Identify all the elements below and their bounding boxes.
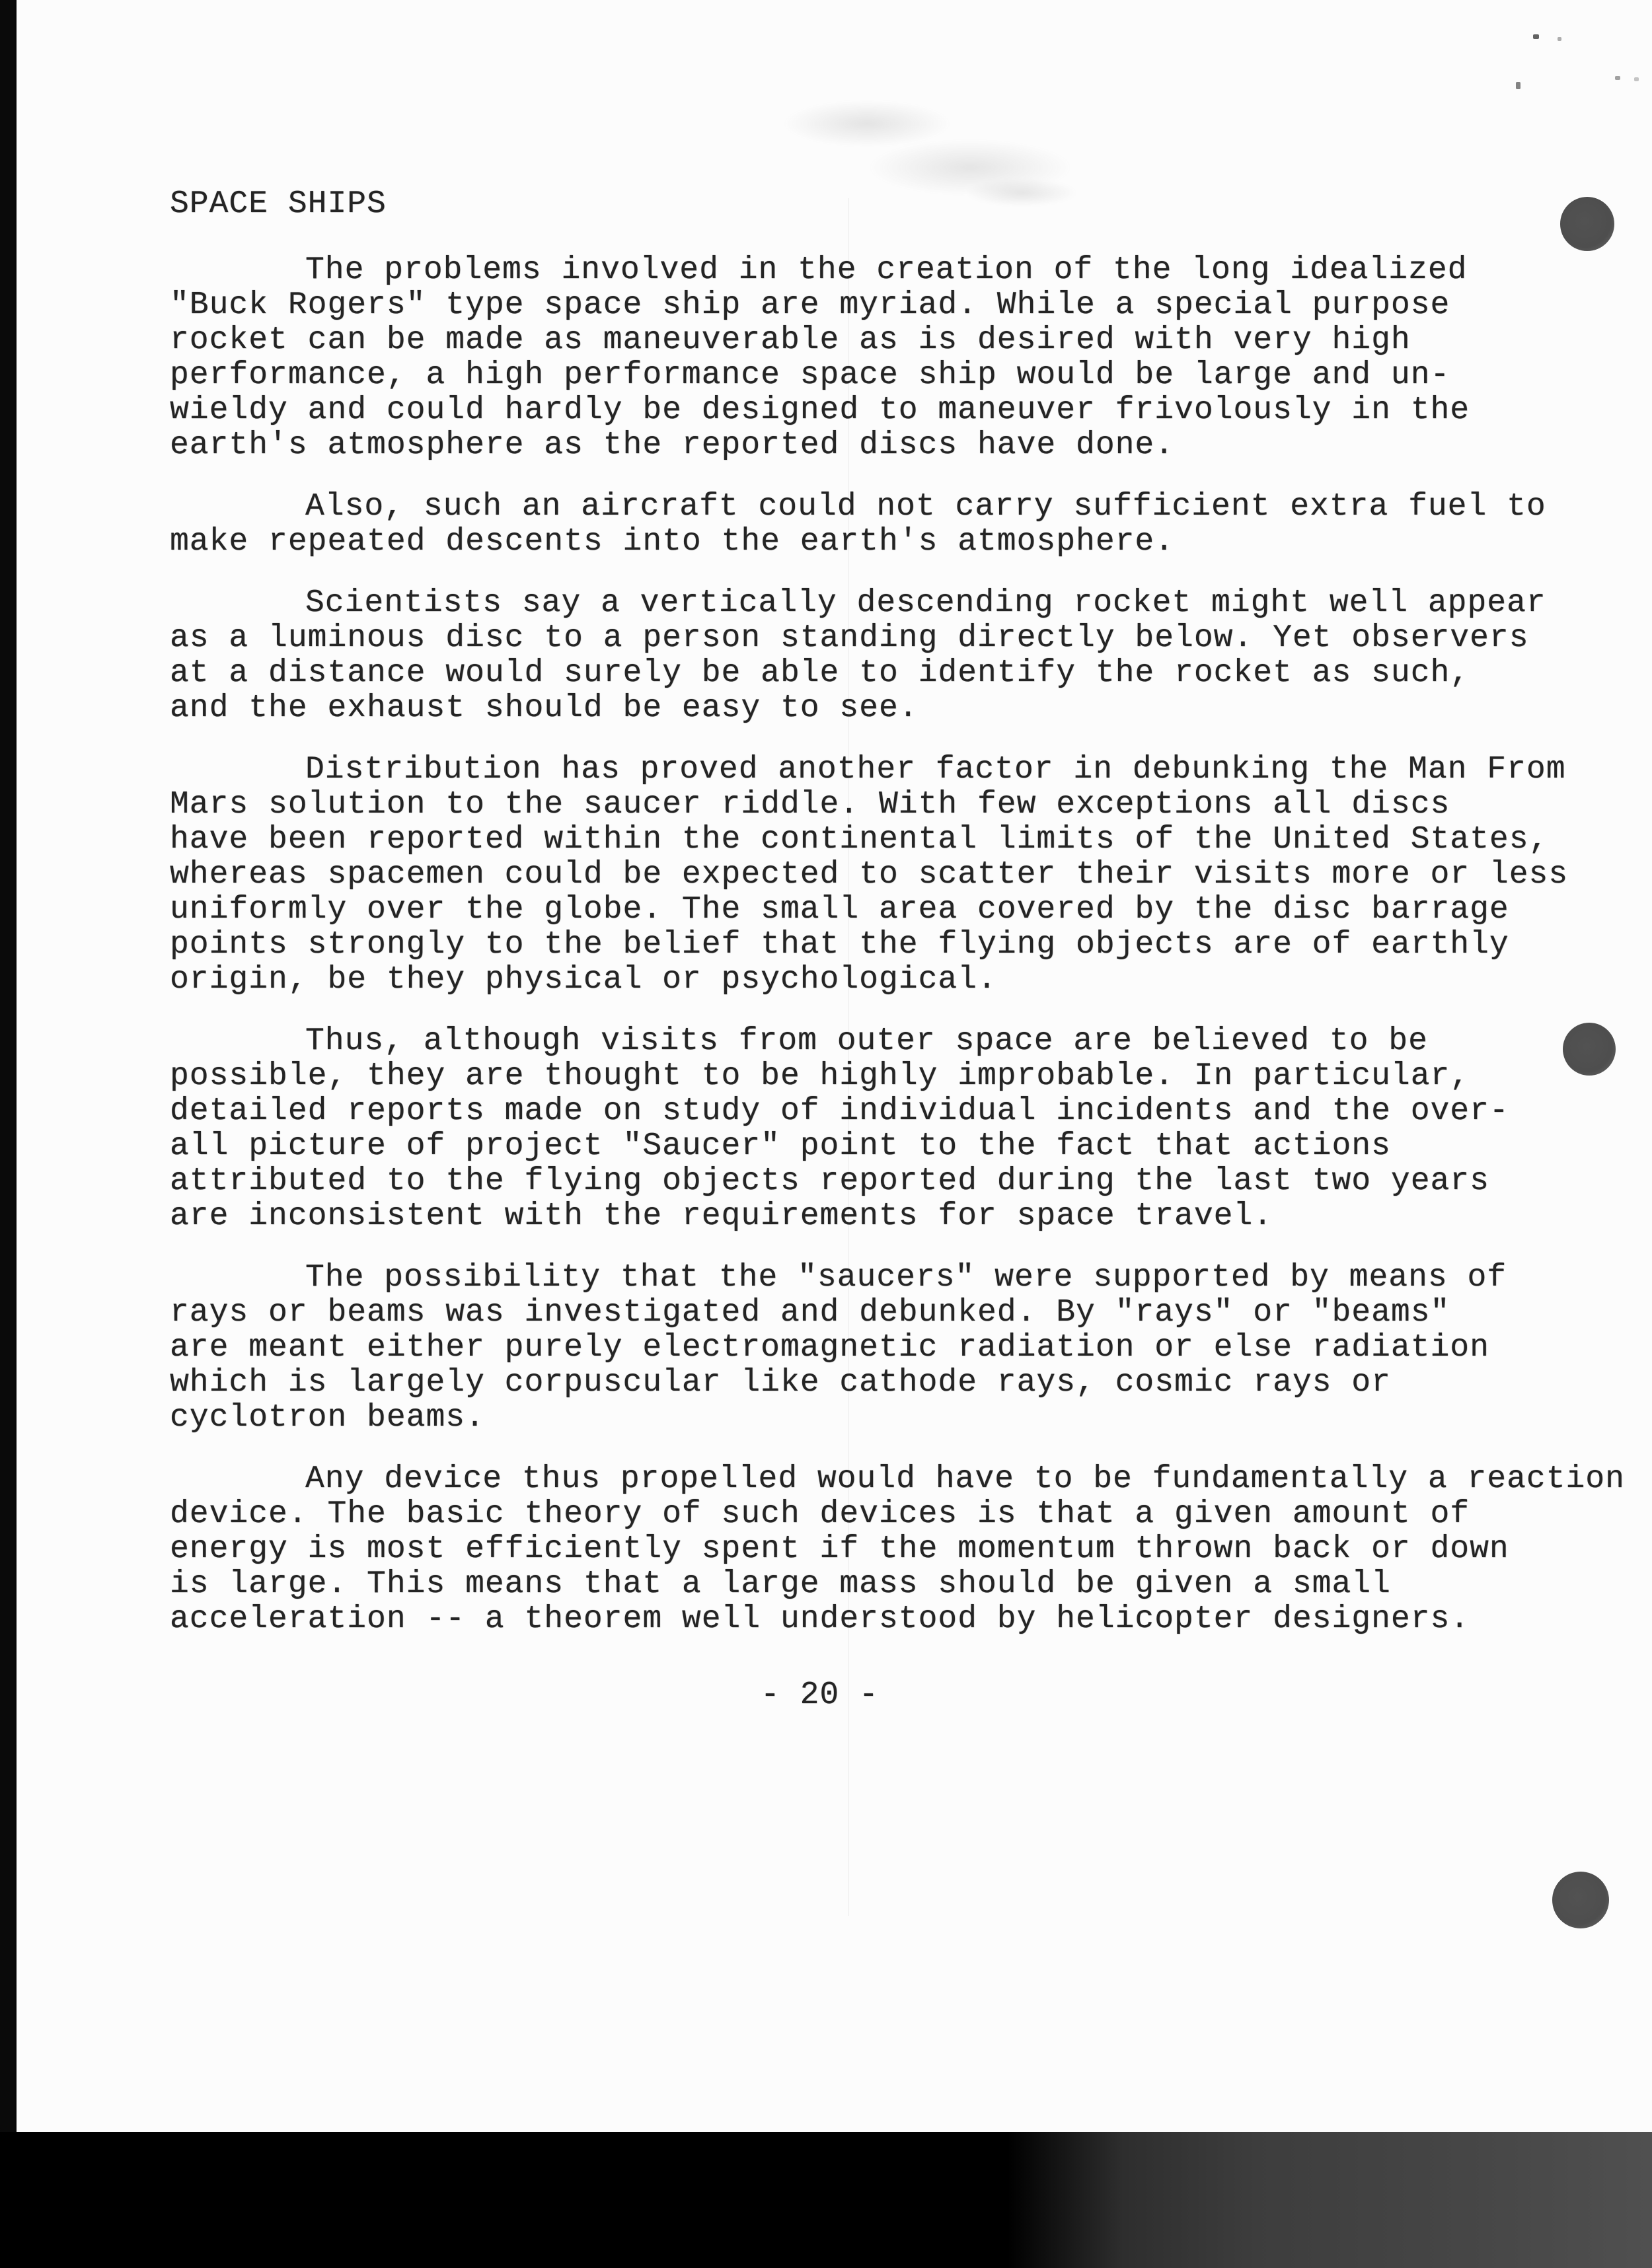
text-line: at a distance would surely be able to id… <box>170 656 1610 691</box>
text-line: detailed reports made on study of indivi… <box>170 1094 1610 1129</box>
pencil-speck <box>1615 76 1620 80</box>
page-title: SPACE SHIPS <box>170 187 1610 222</box>
document-body: The problems involved in the creation of… <box>170 253 1610 1637</box>
text-line: Scientists say a vertically descending r… <box>170 586 1610 621</box>
text-line: Mars solution to the saucer riddle. With… <box>170 787 1610 823</box>
text-line: energy is most efficiently spent if the … <box>170 1532 1610 1567</box>
paragraph: Distribution has proved another factor i… <box>170 752 1610 998</box>
text-line: Any device thus propelled would have to … <box>170 1462 1610 1497</box>
text-line: are meant either purely electromagnetic … <box>170 1331 1610 1366</box>
paragraph: Thus, although visits from outer space a… <box>170 1024 1610 1234</box>
paragraph: Any device thus propelled would have to … <box>170 1462 1610 1637</box>
text-line: Distribution has proved another factor i… <box>170 752 1610 787</box>
text-line: device. The basic theory of such devices… <box>170 1497 1610 1532</box>
paragraph: The possibility that the "saucers" were … <box>170 1261 1610 1436</box>
text-line: make repeated descents into the earth's … <box>170 525 1610 560</box>
scan-left-edge <box>0 0 17 2268</box>
text-line: points strongly to the belief that the f… <box>170 928 1610 963</box>
text-line: Thus, although visits from outer space a… <box>170 1024 1610 1059</box>
document-page: SPACE SHIPS The problems involved in the… <box>0 0 1652 2268</box>
paragraph: The problems involved in the creation of… <box>170 253 1610 463</box>
text-line: The possibility that the "saucers" were … <box>170 1261 1610 1296</box>
text-line: attributed to the flying objects reporte… <box>170 1164 1610 1199</box>
text-line: The problems involved in the creation of… <box>170 253 1610 288</box>
text-line: which is largely corpuscular like cathod… <box>170 1366 1610 1401</box>
typewritten-content: SPACE SHIPS The problems involved in the… <box>170 187 1610 1713</box>
text-line: rocket can be made as maneuverable as is… <box>170 323 1610 358</box>
text-line: are inconsistent with the requirements f… <box>170 1199 1610 1234</box>
text-line: Also, such an aircraft could not carry s… <box>170 490 1610 525</box>
pencil-speck <box>1533 34 1539 39</box>
paragraph: Scientists say a vertically descending r… <box>170 586 1610 726</box>
text-line: cyclotron beams. <box>170 1401 1610 1436</box>
text-line: all picture of project "Saucer" point to… <box>170 1129 1610 1164</box>
page-number: - 20 - <box>170 1678 1610 1713</box>
text-line: "Buck Rogers" type space ship are myriad… <box>170 288 1610 323</box>
text-line: performance, a high performance space sh… <box>170 358 1610 393</box>
pencil-speck <box>1634 77 1639 81</box>
text-line: earth's atmosphere as the reported discs… <box>170 428 1610 463</box>
text-line: origin, be they physical or psychologica… <box>170 963 1610 998</box>
text-line: wieldy and could hardly be designed to m… <box>170 393 1610 428</box>
text-line: possible, they are thought to be highly … <box>170 1059 1610 1094</box>
hole-punch-dot-bottom <box>1552 1872 1609 1928</box>
scan-bottom-edge <box>0 2132 1652 2268</box>
text-line: and the exhaust should be easy to see. <box>170 691 1610 726</box>
text-line: uniformly over the globe. The small area… <box>170 893 1610 928</box>
text-line: have been reported within the continenta… <box>170 823 1610 858</box>
text-line: whereas spacemen could be expected to sc… <box>170 858 1610 893</box>
text-line: is large. This means that a large mass s… <box>170 1567 1610 1602</box>
text-line: acceleration -- a theorem well understoo… <box>170 1602 1610 1637</box>
text-line: as a luminous disc to a person standing … <box>170 621 1610 656</box>
pencil-speck <box>1516 82 1521 89</box>
paragraph: Also, such an aircraft could not carry s… <box>170 490 1610 560</box>
pencil-speck <box>1558 37 1561 41</box>
text-line: rays or beams was investigated and debun… <box>170 1296 1610 1331</box>
